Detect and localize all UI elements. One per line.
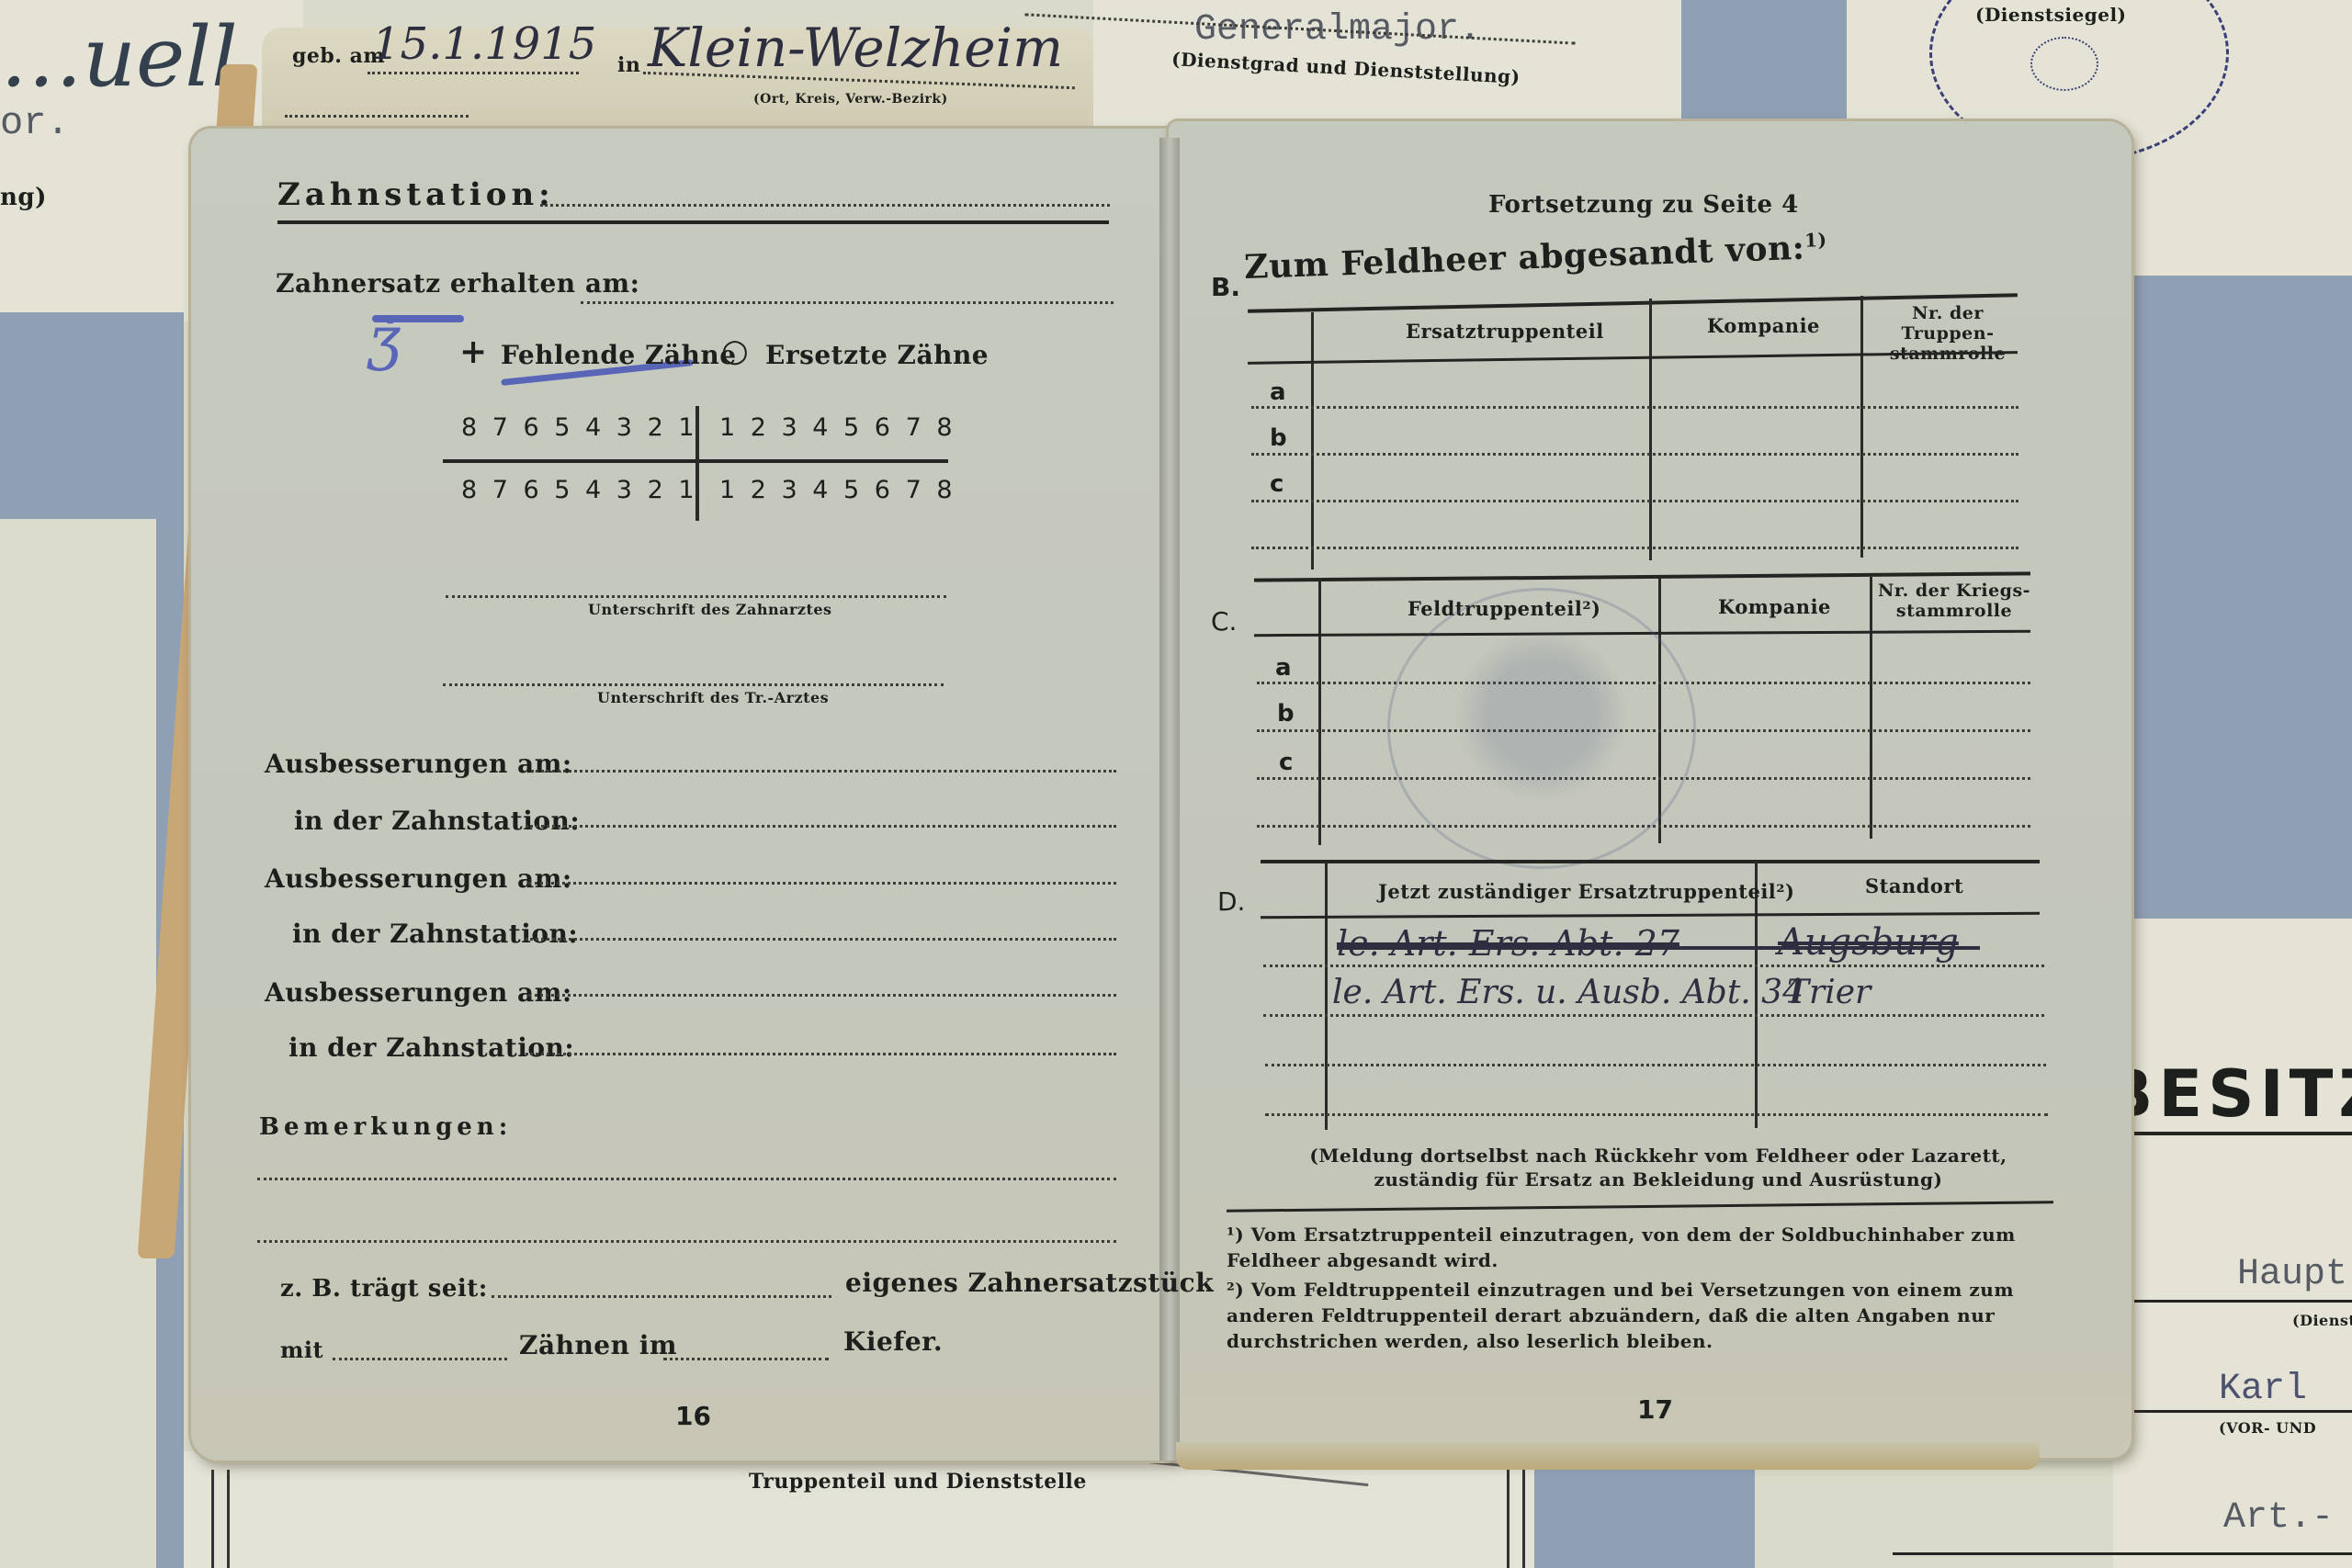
legend-missing-symbol: + xyxy=(459,333,488,371)
doctor-signature-line xyxy=(443,683,944,686)
section-c-letter: C. xyxy=(1211,606,1237,637)
section-d-note: (Meldung dortselbst nach Rückkehr vom Fe… xyxy=(1263,1144,2053,1191)
blue-ink-signature: Ǯ xyxy=(367,317,401,385)
born-place-caption: (Ort, Kreis, Verw.-Bezirk) xyxy=(753,92,948,107)
station-line-2 xyxy=(526,938,1116,941)
page-number-17: 17 xyxy=(1637,1394,1673,1425)
section-d-col-header-2: Standort xyxy=(1865,874,1963,897)
flap-dotted-line xyxy=(285,115,469,118)
background-signature: …uell xyxy=(0,9,238,106)
repairs-line-3 xyxy=(528,994,1116,997)
section-d-top-rule xyxy=(1261,860,2040,863)
section-d-letter: D. xyxy=(1217,886,1245,917)
background-heading: BESITZ xyxy=(2104,1056,2352,1132)
background-rule xyxy=(2122,1132,2352,1135)
background-caption-rank-2: (Dienst xyxy=(2292,1312,2352,1329)
background-typed-name: Karl xyxy=(2219,1369,2307,1410)
legend-replaced-symbol: ○ xyxy=(721,333,749,369)
remarks-line-2 xyxy=(257,1240,1116,1243)
born-date-line xyxy=(367,72,579,74)
teeth-chart-vertical-rule xyxy=(695,406,699,521)
teeth-chart-lower-right: 1 2 3 4 5 6 7 8 xyxy=(719,476,956,504)
station-label-3: in der Zahnstation: xyxy=(288,1032,574,1063)
teeth-count-line xyxy=(333,1358,507,1360)
worn-page-edge xyxy=(1176,1442,2040,1470)
station-label-1: in der Zahnstation: xyxy=(294,806,580,836)
background-caption-unit: Truppenteil und Dienststelle xyxy=(749,1470,1087,1494)
section-b-row-line-a xyxy=(1251,406,2018,409)
dentist-signature-line xyxy=(446,595,946,598)
section-c-row-b: b xyxy=(1277,700,1295,728)
background-rule xyxy=(1893,1552,2352,1555)
section-c-row-a: a xyxy=(1275,654,1292,682)
dental-station-rule xyxy=(277,220,1109,224)
blue-ink-stroke xyxy=(372,315,464,322)
born-label: geb. am xyxy=(292,44,385,68)
section-b-col-header-1: Ersatztruppenteil xyxy=(1406,320,1604,343)
repairs-line-1 xyxy=(531,770,1116,773)
section-c-col-header-3: Nr. der Kriegs-stammrolle xyxy=(1876,581,2032,621)
repairs-label-3: Ausbesserungen am: xyxy=(265,977,572,1008)
section-d-row-line-1 xyxy=(1263,964,2044,967)
jaw-label: Kiefer. xyxy=(843,1326,943,1357)
section-c-col-divider-3 xyxy=(1870,577,1872,839)
footnote-2: ²) Vom Feldtruppenteil einzutragen und b… xyxy=(1227,1277,2058,1354)
section-d-row-line-4 xyxy=(1265,1113,2048,1116)
seal-emblem xyxy=(2030,37,2098,91)
faded-eagle-stamp xyxy=(1387,588,1696,869)
repairs-label-1: Ausbesserungen am: xyxy=(265,749,572,779)
section-d-row-line-3 xyxy=(1265,1064,2046,1066)
legend-missing-teeth: Fehlende Zähne xyxy=(501,340,737,370)
section-b-col-header-2: Kompanie xyxy=(1707,314,1820,337)
booklet-spine xyxy=(1159,138,1180,1461)
section-b-col-divider-1 xyxy=(1311,312,1314,570)
with-label: mit xyxy=(280,1337,323,1363)
repairs-label-2: Ausbesserungen am: xyxy=(265,863,572,894)
section-d-col-header-1: Jetzt zuständiger Ersatztruppenteil²) xyxy=(1378,880,1794,903)
remarks-line-1 xyxy=(257,1178,1116,1180)
section-d-entry-location-2: Trier xyxy=(1787,974,1871,1011)
section-c-col-header-2: Kompanie xyxy=(1718,595,1831,618)
in-label: in xyxy=(617,53,640,77)
station-line-1 xyxy=(526,825,1116,828)
strike-through-line xyxy=(1337,946,1980,950)
dental-station-title: Zahnstation: xyxy=(277,176,555,213)
section-b-footnote-ref: 1) xyxy=(1804,229,1827,252)
section-d-col-divider-1 xyxy=(1325,863,1328,1130)
background-typed-fragment: or. xyxy=(0,101,70,145)
page-16 xyxy=(191,129,1178,1461)
section-b-row-a: a xyxy=(1270,378,1286,406)
background-rule xyxy=(2122,1410,2352,1413)
section-b-letter: B. xyxy=(1211,272,1240,302)
station-label-2: in der Zahnstation: xyxy=(292,919,578,949)
denture-received-line xyxy=(581,301,1114,304)
section-b-col-divider-3 xyxy=(1860,296,1863,558)
background-caption-fragment: ng) xyxy=(0,184,47,211)
wears-since-line xyxy=(492,1295,831,1298)
background-document-left-lower xyxy=(0,519,156,1568)
background-document-right xyxy=(2113,919,2352,1568)
section-d-entry-unit-2: le. Art. Ers. u. Ausb. Abt. 34 xyxy=(1332,974,1804,1011)
repairs-line-2 xyxy=(528,882,1116,885)
section-d-entry-location-1: Augsburg xyxy=(1778,921,1959,964)
section-d-entry-unit-1: le. Art. Ers. Abt. 27 xyxy=(1337,923,1679,964)
section-c-col-divider-1 xyxy=(1318,579,1321,845)
background-typed-rank-2: Haupt xyxy=(2237,1254,2347,1295)
background-frame-lines xyxy=(1507,1470,1525,1568)
section-b-col-divider-2 xyxy=(1649,299,1652,560)
teeth-chart-upper-left: 8 7 6 5 4 3 2 1 xyxy=(461,413,698,442)
wears-since-label: z. B. trägt seit: xyxy=(280,1275,488,1303)
born-place: Klein-Welzheim xyxy=(648,17,1063,79)
background-caption-name: (VOR- UND xyxy=(2219,1419,2316,1437)
background-frame-lines xyxy=(211,1470,230,1568)
teeth-in-label: Zähnen im xyxy=(519,1330,677,1360)
section-d-row-line-2 xyxy=(1263,1014,2044,1017)
station-line-3 xyxy=(526,1053,1116,1055)
legend-replaced-teeth: Ersetzte Zähne xyxy=(765,340,989,370)
section-b-row-line-c xyxy=(1251,500,2018,502)
jaw-line xyxy=(663,1358,829,1360)
born-date: 15.1.1915 xyxy=(372,18,596,70)
background-rule xyxy=(2131,1300,2352,1303)
page-number-16: 16 xyxy=(675,1401,711,1431)
section-b-row-c: c xyxy=(1270,470,1283,498)
dentist-signature-caption: Unterschrift des Zahnarztes xyxy=(588,601,832,618)
section-b-row-b: b xyxy=(1270,424,1287,452)
remarks-label: Bemerkungen: xyxy=(259,1113,512,1141)
section-c-row-c: c xyxy=(1279,749,1293,776)
own-denture-label: eigenes Zahnersatzstück xyxy=(845,1268,1214,1298)
denture-received-label: Zahnersatz erhalten am: xyxy=(276,268,640,299)
doctor-signature-caption: Unterschrift des Tr.-Arztes xyxy=(597,689,829,706)
footnote-1: ¹) Vom Ersatztruppenteil einzutragen, vo… xyxy=(1227,1222,2058,1273)
background-caption-seal: (Dienstsiegel) xyxy=(1975,4,2127,26)
dental-station-line xyxy=(540,204,1110,207)
section-b-row-line-b xyxy=(1251,453,2018,456)
section-b-row-line-d xyxy=(1251,547,2018,549)
background-typed-unit: Art.- xyxy=(2223,1497,2334,1539)
teeth-chart-lower-left: 8 7 6 5 4 3 2 1 xyxy=(461,476,698,504)
background-blue-mat-bottom xyxy=(1534,1461,1755,1568)
teeth-chart-upper-right: 1 2 3 4 5 6 7 8 xyxy=(719,413,956,442)
continuation-heading: Fortsetzung zu Seite 4 xyxy=(1488,191,1799,219)
